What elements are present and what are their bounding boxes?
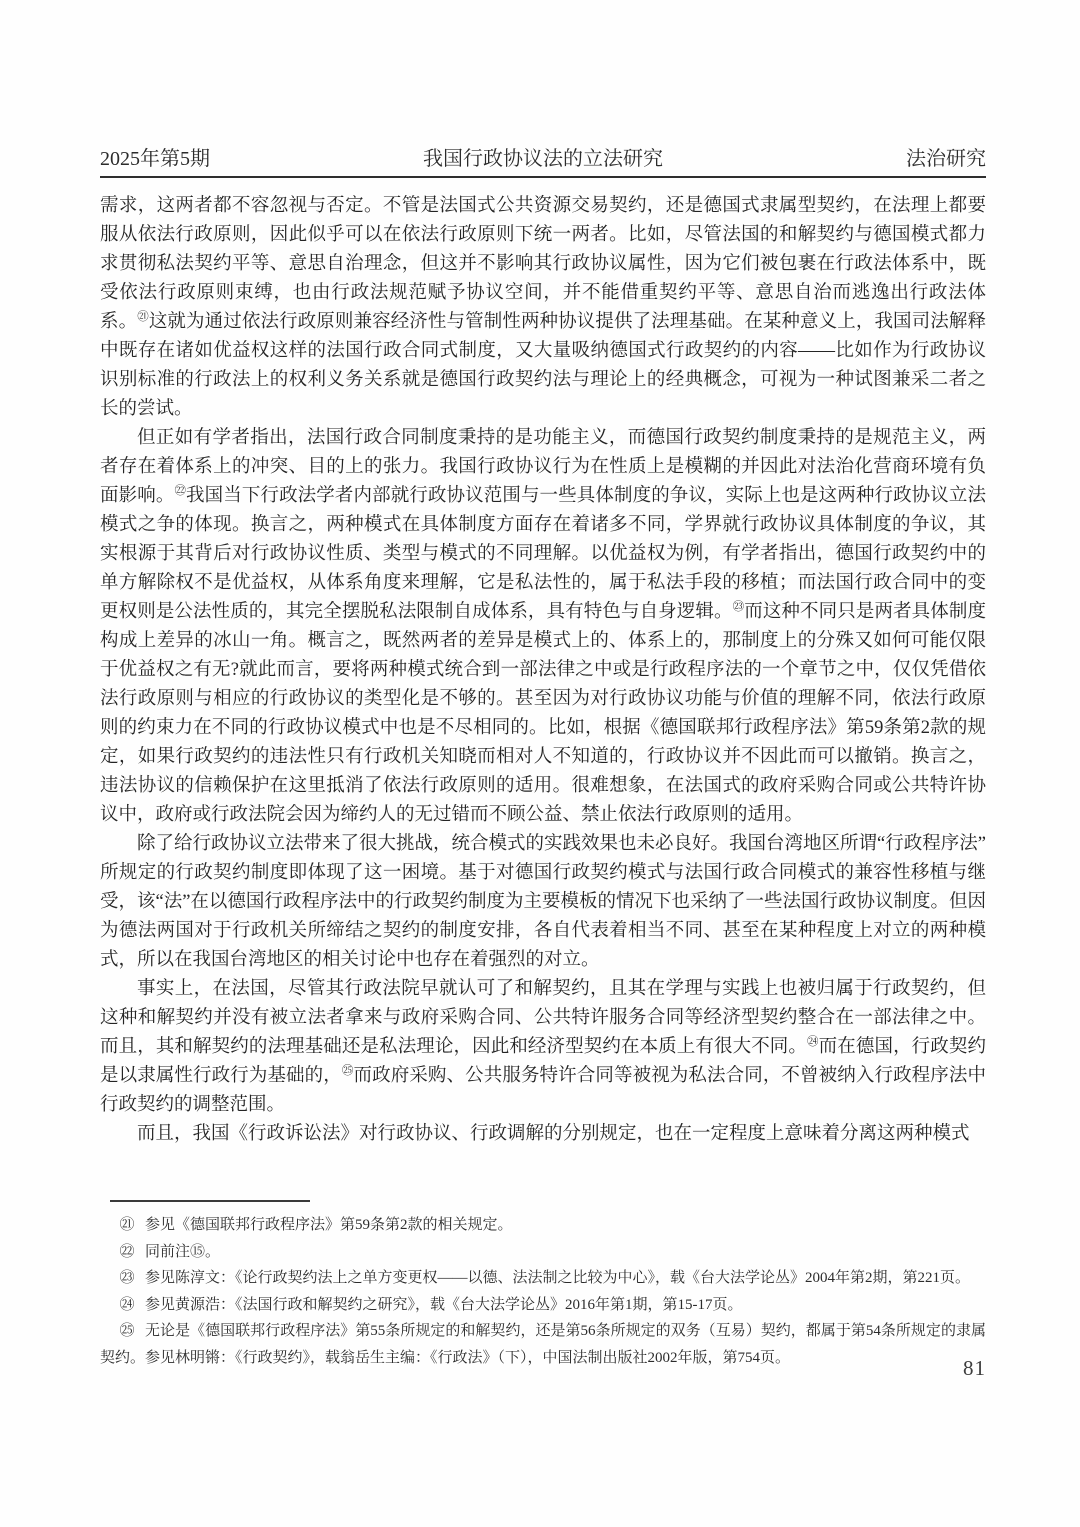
- footnote-separator: [110, 1200, 310, 1202]
- footnote-text: 参见黄源浩：《法国行政和解契约之研究》，载《台大法学论丛》2016年第1期，第1…: [145, 1297, 743, 1313]
- footnote-text: 参见《德国联邦行政程序法》第59条第2款的相关规定。: [145, 1217, 513, 1233]
- body-paragraph: 需求，这两者都不容忽视与否定。不管是法国式公共资源交易契约，还是德国式隶属型契约…: [100, 192, 986, 424]
- footnote-item: ㉒同前注⑮。: [100, 1239, 986, 1266]
- page-header: 2025年第5期 我国行政协议法的立法研究 法治研究: [100, 142, 986, 171]
- issue-label: 2025年第5期: [100, 142, 330, 171]
- footnote-number: ㉒: [120, 1244, 135, 1260]
- footnote-text: 参见陈淳文：《论行政契约法上之单方变更权——以德、法法制之比较为中心》，载《台大…: [145, 1270, 970, 1286]
- body-paragraph: 而且，我国《行政诉讼法》对行政协议、行政调解的分别规定，也在一定程度上意味着分离…: [100, 1120, 986, 1149]
- journal-page: 2025年第5期 我国行政协议法的立法研究 法治研究 需求，这两者都不容忽视与否…: [0, 0, 1080, 1527]
- article-body: 需求，这两者都不容忽视与否定。不管是法国式公共资源交易契约，还是德国式隶属型契约…: [100, 192, 986, 1149]
- body-paragraph: 除了给行政协议立法带来了很大挑战，统合模式的实践效果也未必良好。我国台湾地区所谓…: [100, 830, 986, 975]
- footnote-number: ㉓: [120, 1270, 135, 1286]
- page-number: 81: [100, 1356, 986, 1381]
- footnote-number: ㉔: [120, 1297, 135, 1313]
- footnote-item: ㉔参见黄源浩：《法国行政和解契约之研究》，载《台大法学论丛》2016年第1期，第…: [100, 1292, 986, 1319]
- header-rule: [100, 176, 986, 178]
- footnote-list: ㉑参见《德国联邦行政程序法》第59条第2款的相关规定。 ㉒同前注⑮。 ㉓参见陈淳…: [100, 1212, 986, 1371]
- footnote-item: ㉑参见《德国联邦行政程序法》第59条第2款的相关规定。: [100, 1212, 986, 1239]
- journal-name: 法治研究: [756, 142, 986, 171]
- body-paragraph: 但正如有学者指出，法国行政合同制度秉持的是功能主义，而德国行政契约制度秉持的是规…: [100, 424, 986, 830]
- footnote-item: ㉓参见陈淳文：《论行政契约法上之单方变更权——以德、法法制之比较为中心》，载《台…: [100, 1265, 986, 1292]
- body-paragraph: 事实上，在法国，尽管其行政法院早就认可了和解契约，且其在学理与实践上也被归属于行…: [100, 975, 986, 1120]
- running-title: 我国行政协议法的立法研究: [330, 142, 756, 171]
- footnote-text: 同前注⑮。: [145, 1244, 220, 1260]
- footnote-number: ㉑: [120, 1217, 135, 1233]
- footnote-number: ㉕: [120, 1323, 135, 1339]
